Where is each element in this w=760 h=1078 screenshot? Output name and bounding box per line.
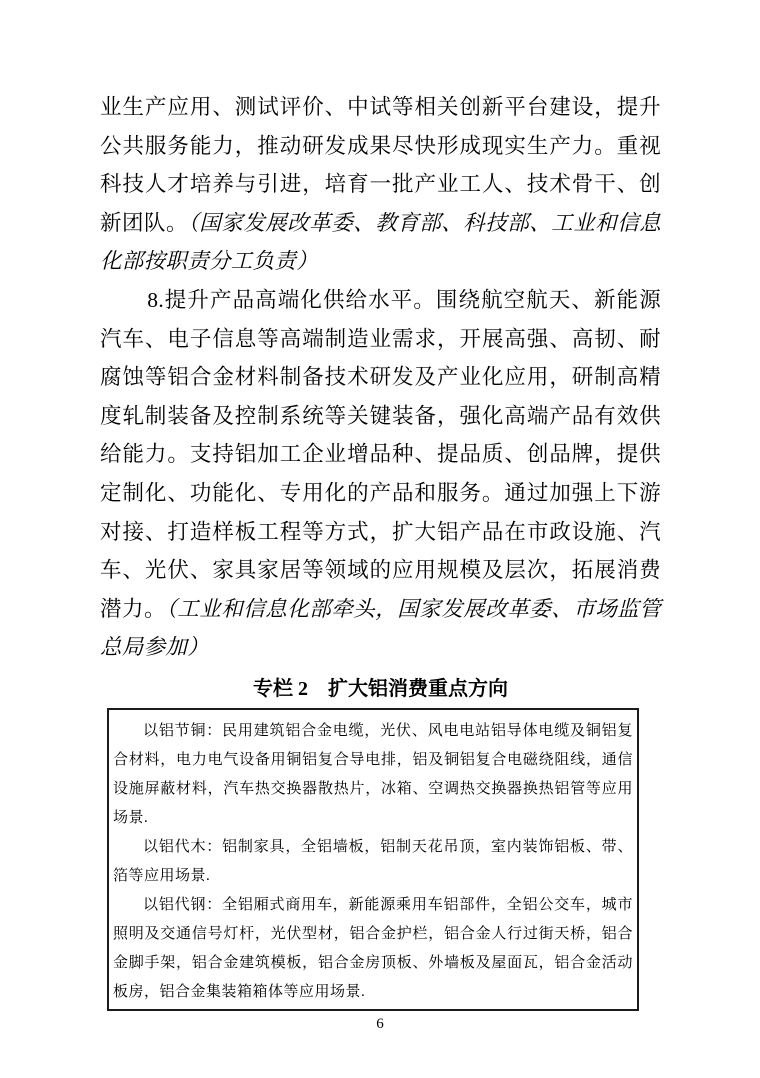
paragraph-item-8-text: 8.提升产品高端化供给水平。围绕航空航天、新能源汽车、电子信息等高端制造业需求，… [100,288,661,621]
paragraph-continued: 业生产应用、测试评价、中试等相关创新平台建设，提升公共服务能力，推动研发成果尽快… [100,88,661,281]
paragraph-item-8: 8.提升产品高端化供给水平。围绕航空航天、新能源汽车、电子信息等高端制造业需求，… [100,281,661,667]
box-paragraph-aluminum-for-steel: 以铝代钢：全铝厢式商用车，新能源乘用车铝部件，全铝公交车，城市照明及交通信号灯杆… [113,891,633,1007]
column-box: 以铝节铜：民用建筑铝合金电缆，光伏、风电电站铝导体电缆及铜铝复合材料，电力电气设… [107,708,639,1011]
document-page: 业生产应用、测试评价、中试等相关创新平台建设，提升公共服务能力，推动研发成果尽快… [0,0,760,1078]
box-paragraph-aluminum-for-plastic: 以铝代塑：铝箔餐盒等容器，肉类包装铝箔，铝瓶，铝制易拉罐，铝制瓶 [113,1007,633,1011]
page-number: 6 [0,1014,760,1034]
column-box-title: 专栏 2 扩大铝消费重点方向 [100,676,661,702]
box-paragraph-aluminum-for-copper: 以铝节铜：民用建筑铝合金电缆，光伏、风电电站铝导体电缆及铜铝复合材料，电力电气设… [113,717,633,833]
paragraph-item-8-attribution: （工业和信息化部牵头，国家发展改革委、市场监管总局参加） [100,597,661,660]
box-paragraph-aluminum-for-wood: 以铝代木：铝制家具，全铝墙板，铝制天花吊顶，室内装饰铝板、带、箔等应用场景. [113,833,633,891]
page-content: 业生产应用、测试评价、中试等相关创新平台建设，提升公共服务能力，推动研发成果尽快… [100,88,661,1011]
